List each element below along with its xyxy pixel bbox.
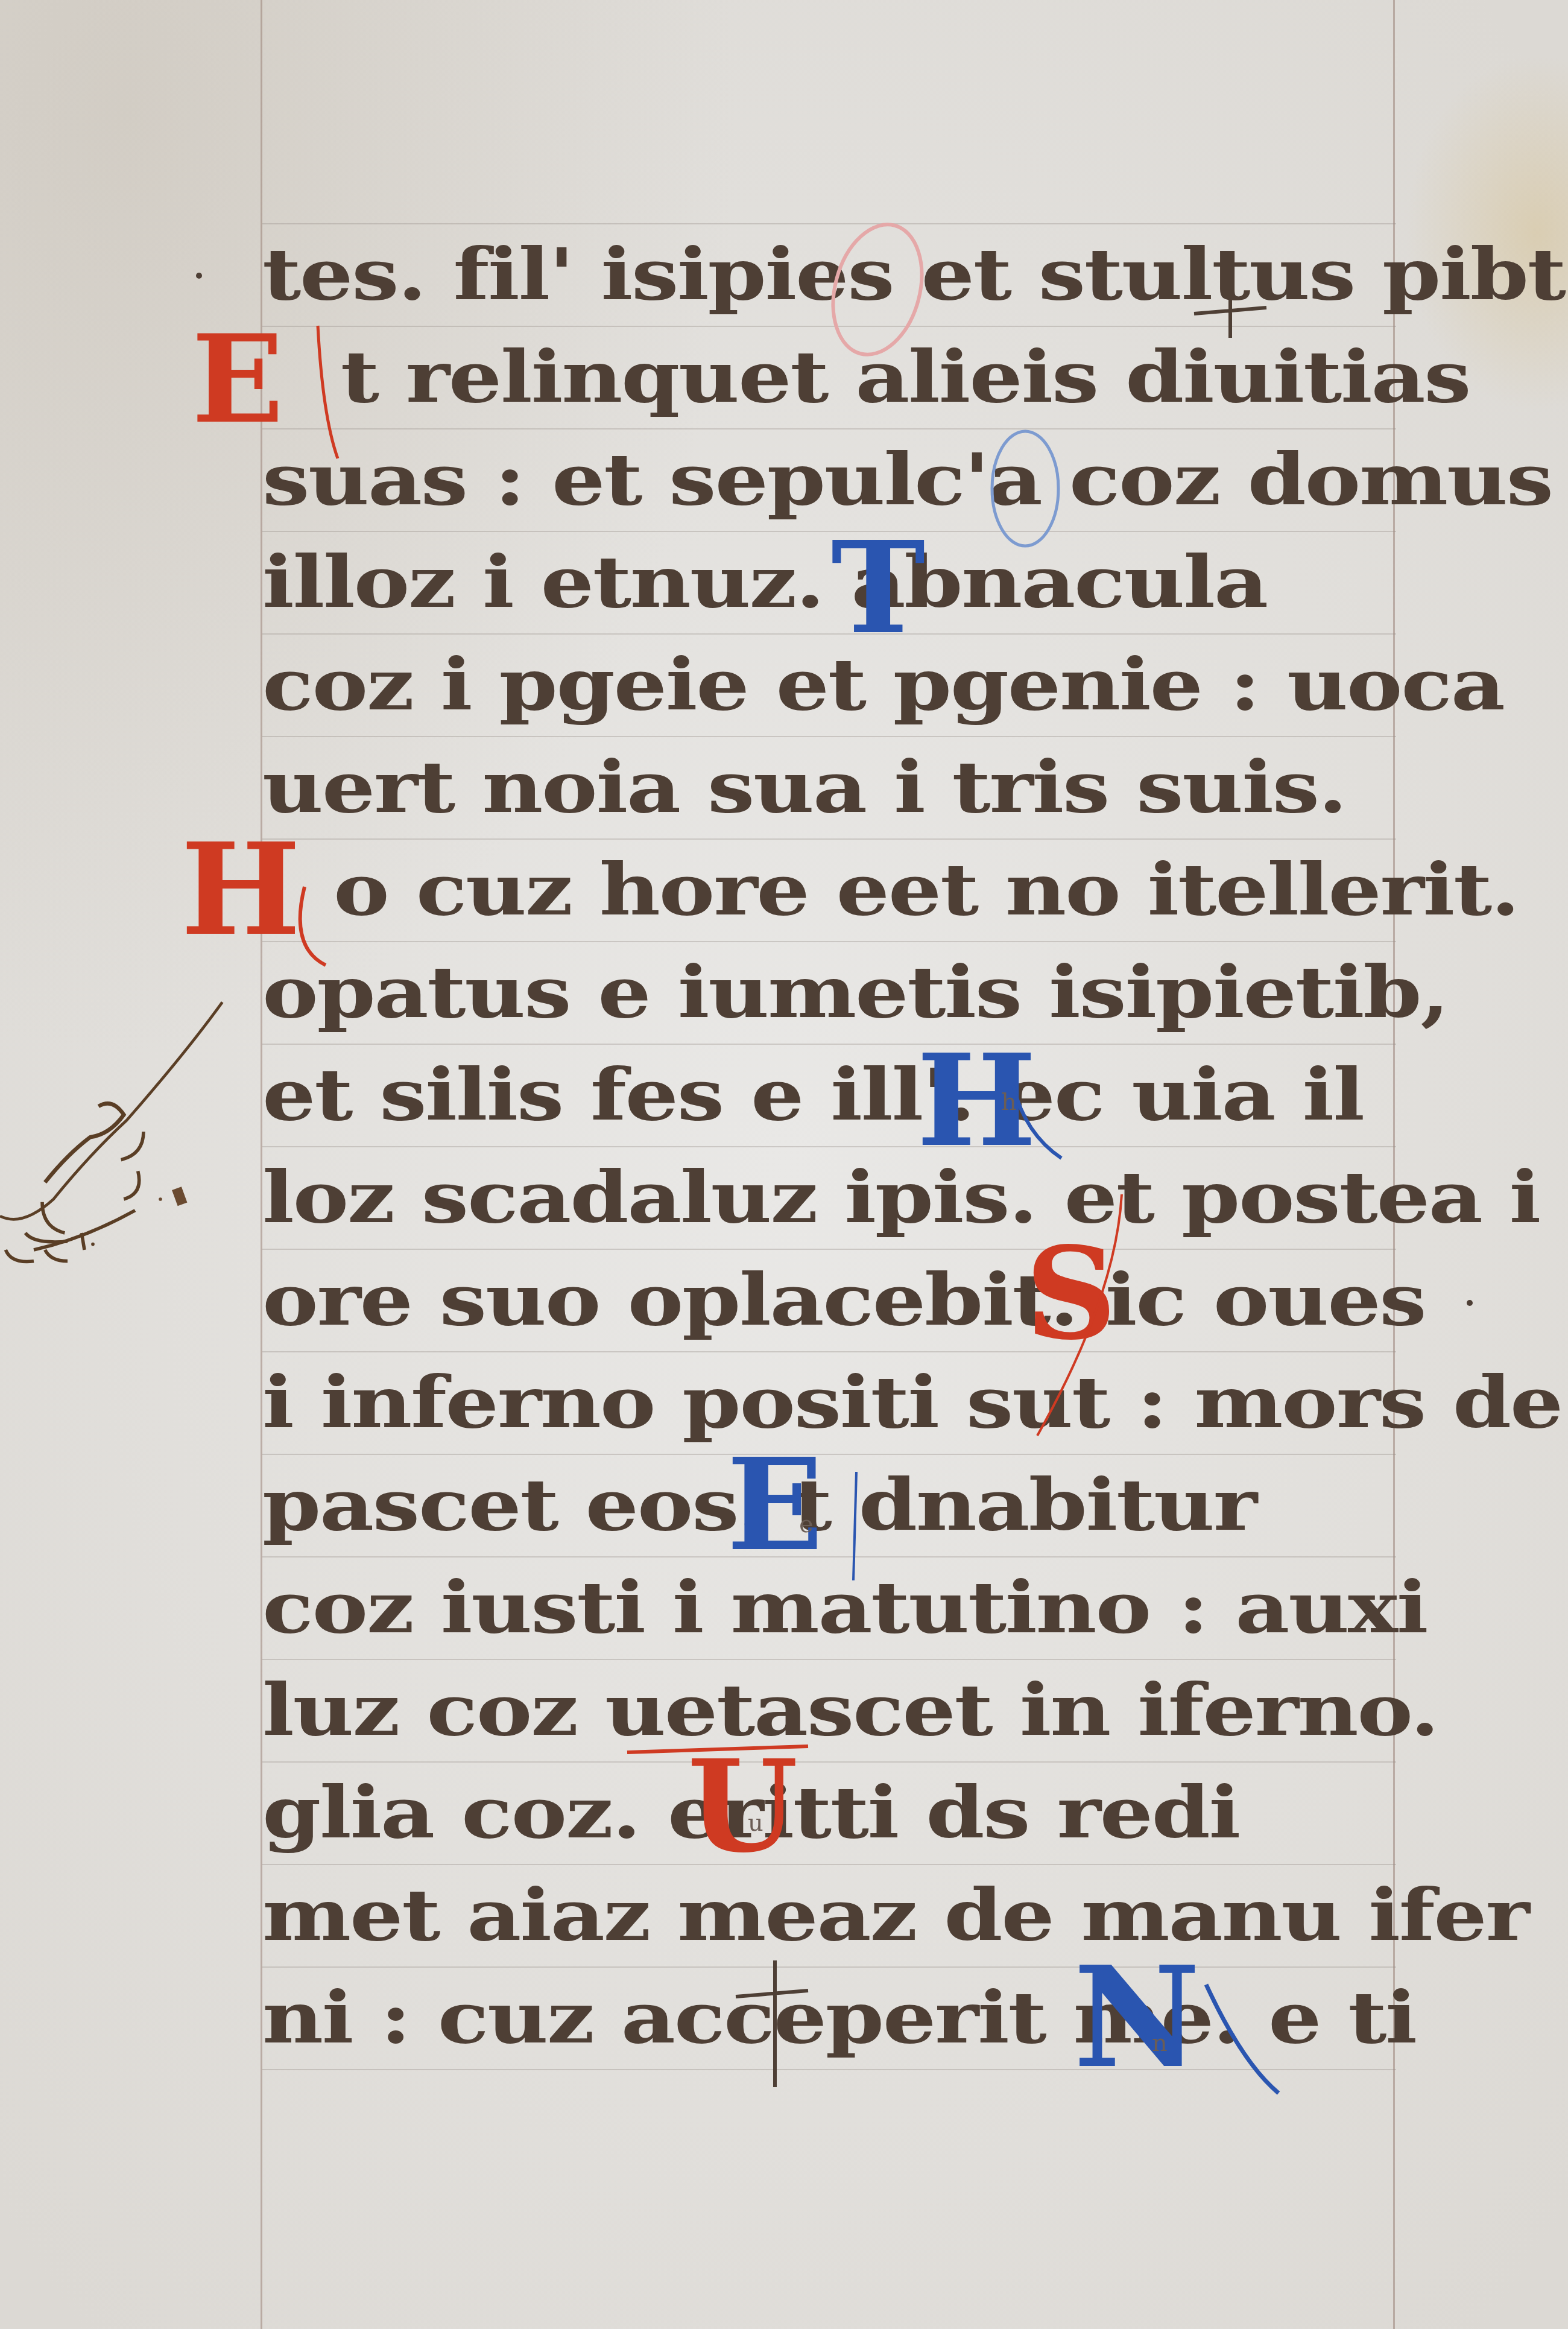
margin-dot [1467, 1300, 1473, 1306]
guide-letter: h [1001, 1088, 1017, 1116]
guide-letter: e [799, 1510, 814, 1538]
margin-dot [196, 273, 202, 279]
guide-letter: u [748, 1809, 763, 1837]
guide-letter: n [1152, 2029, 1168, 2057]
manicule-icon [0, 977, 253, 1387]
